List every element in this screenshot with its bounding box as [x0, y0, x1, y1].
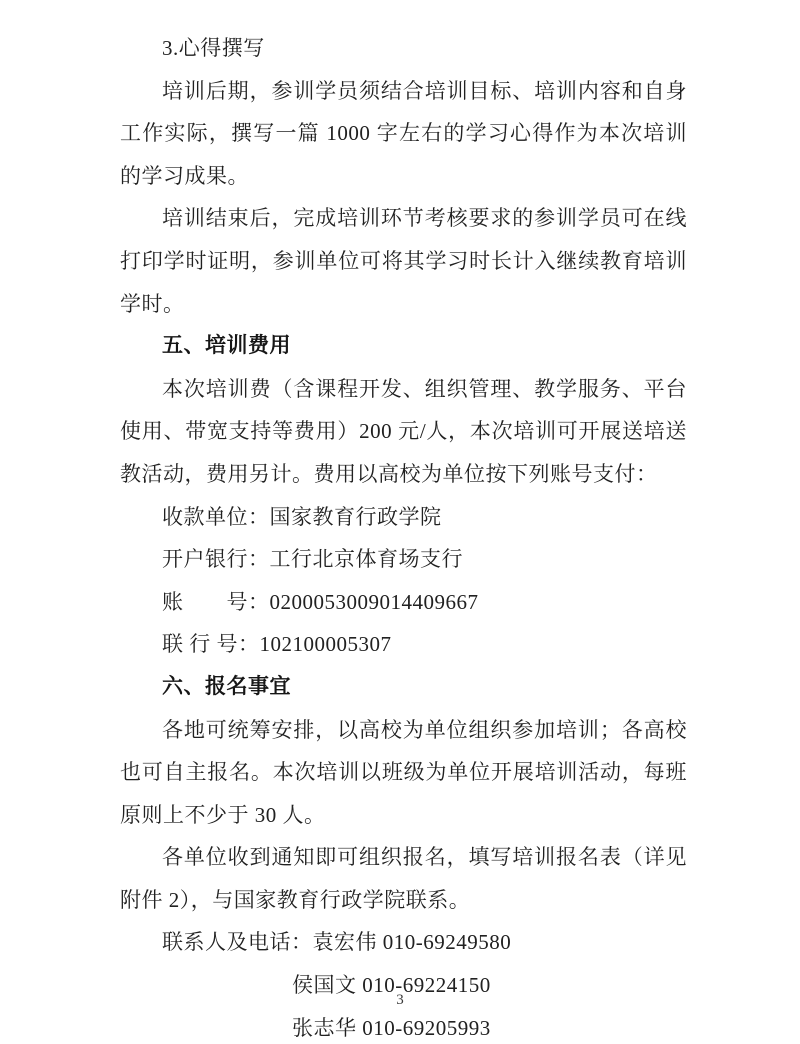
document-body: 3.心得撰写培训后期，参训学员须结合培训目标、培训内容和自身工作实际，撰写一篇 …	[120, 27, 687, 1044]
body-paragraph: 培训后期，参训学员须结合培训目标、培训内容和自身工作实际，撰写一篇 1000 字…	[120, 70, 687, 198]
detail-line: 收款单位：国家教育行政学院	[120, 496, 687, 539]
document-page: 3.心得撰写培训后期，参训学员须结合培训目标、培训内容和自身工作实际，撰写一篇 …	[0, 0, 800, 1044]
detail-line: 联 行 号：102100005307	[120, 623, 687, 666]
detail-line: 联系人及电话：袁宏伟 010-69249580	[120, 921, 687, 964]
body-paragraph: 各地可统筹安排，以高校为单位组织参加培训；各高校也可自主报名。本次培训以班级为单…	[120, 709, 687, 837]
page-number: 3	[0, 992, 800, 1009]
body-paragraph: 本次培训费（含课程开发、组织管理、教学服务、平台使用、带宽支持等费用）200 元…	[120, 368, 687, 496]
detail-line: 开户银行：工行北京体育场支行	[120, 538, 687, 581]
body-paragraph: 培训结束后，完成培训环节考核要求的参训学员可在线打印学时证明，参训单位可将其学习…	[120, 197, 687, 325]
contact-continuation-line: 张志华 010-69205993	[120, 1007, 687, 1044]
body-paragraph: 各单位收到通知即可组织报名，填写培训报名表（详见附件 2），与国家教育行政学院联…	[120, 836, 687, 921]
section-subheading: 3.心得撰写	[120, 27, 687, 70]
detail-line: 账 号：0200053009014409667	[120, 581, 687, 624]
section-heading: 六、报名事宜	[120, 666, 687, 709]
section-heading: 五、培训费用	[120, 325, 687, 368]
